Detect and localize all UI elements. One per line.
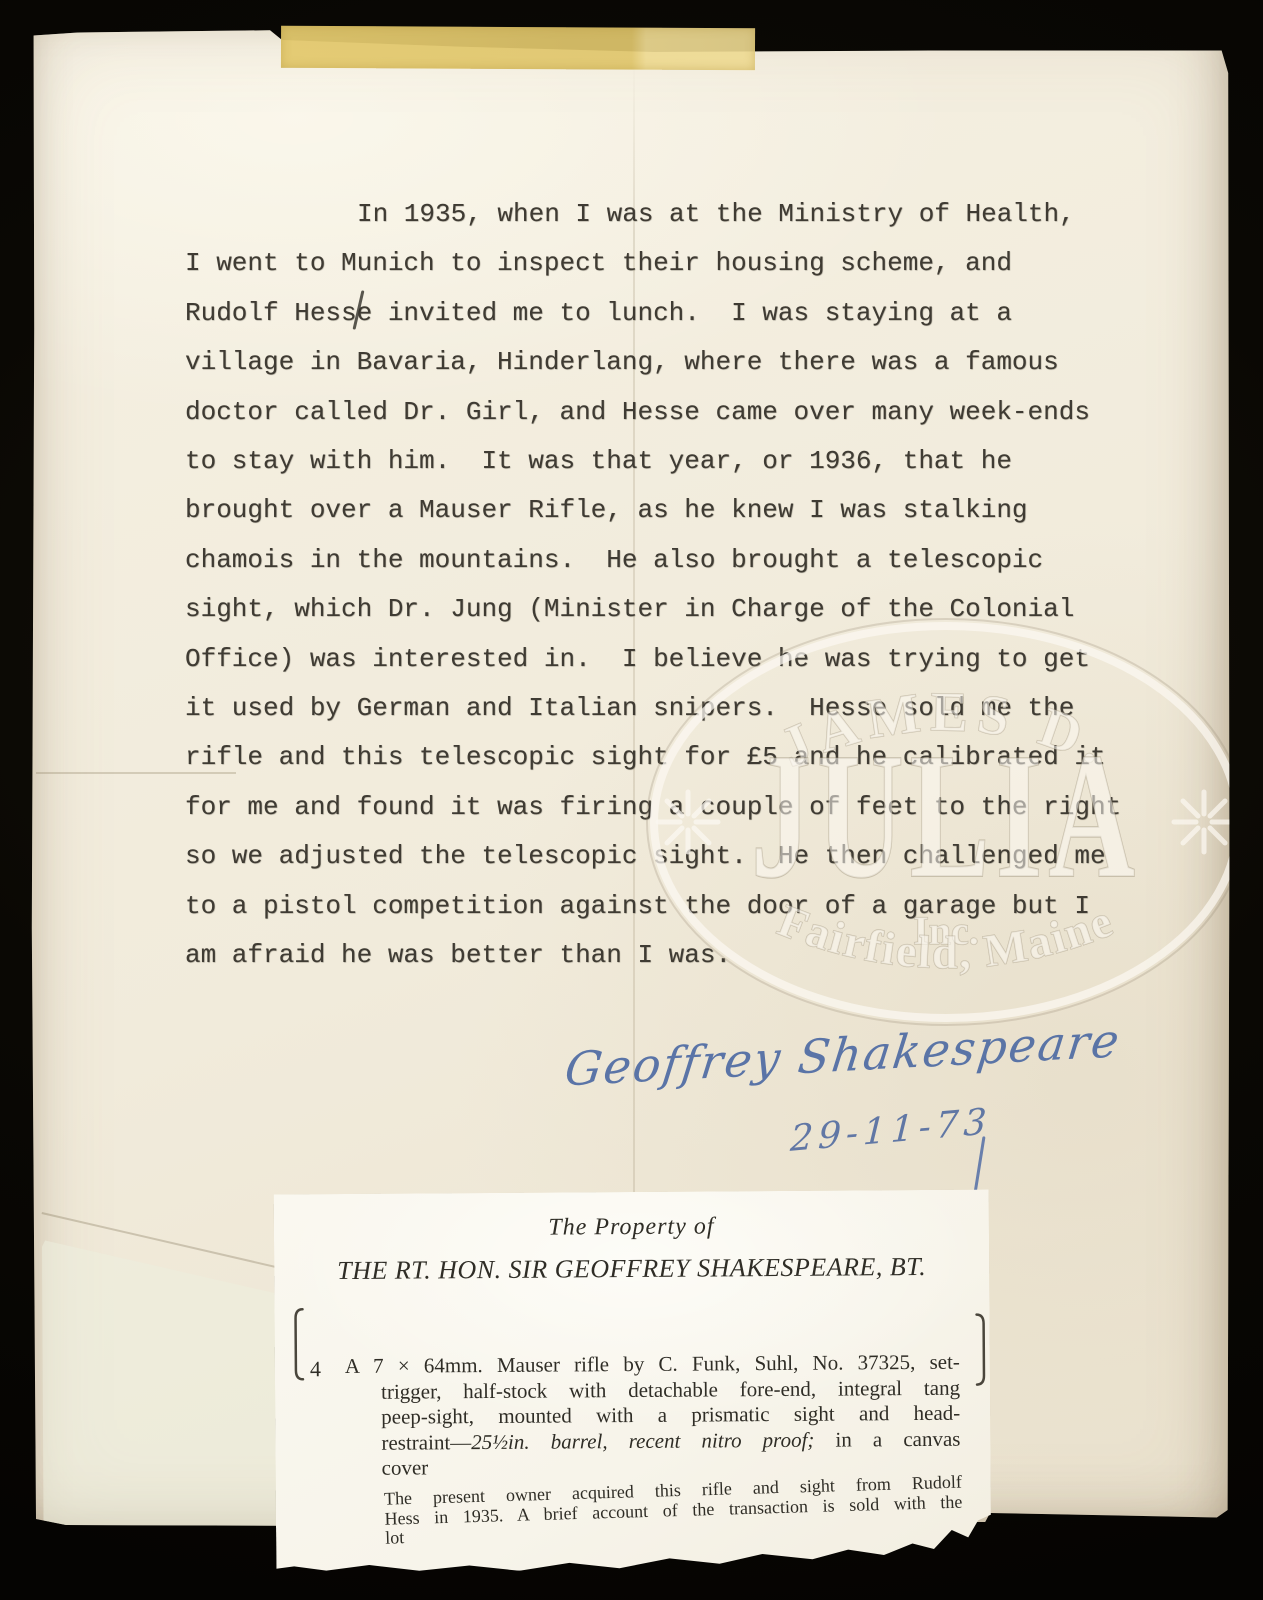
lot-description-line: restraint—25½in. barrel, recent nitro pr… xyxy=(345,1426,960,1456)
letter-line: Rudolf Hesse invited me to lunch. I was … xyxy=(185,289,1135,338)
catalogue-card: The Property of THE RT. HON. SIR GEOFFRE… xyxy=(274,1190,992,1573)
card-property-of: The Property of xyxy=(274,1212,989,1244)
lot-description-line: A 7 × 64mm. Mauser rifle by C. Funk, Suh… xyxy=(345,1350,960,1380)
tape xyxy=(281,26,755,70)
letter-line: In 1935, when I was at the Ministry of H… xyxy=(185,190,1135,239)
consignment-bracket-left xyxy=(292,1306,305,1382)
letter-line: doctor called Dr. Girl, and Hesse came o… xyxy=(185,388,1135,437)
consignment-bracket-right xyxy=(975,1312,988,1388)
letter-line: chamois in the mountains. He also brough… xyxy=(185,536,1135,585)
lot-line4-prefix: restraint— xyxy=(381,1430,471,1455)
scanned-document: In 1935, when I was at the Ministry of H… xyxy=(0,0,1263,1600)
lot-description: A 7 × 64mm. Mauser rifle by C. Funk, Suh… xyxy=(345,1350,961,1482)
auction-house-watermark: JAMES D. JULIA Inc. Fairfield, Maine xyxy=(636,614,1256,1038)
starburst-right-icon xyxy=(1174,792,1234,852)
handwritten-date: 29-11-73 xyxy=(789,1101,992,1160)
lot-line4-suffix: in a canvas xyxy=(814,1426,960,1451)
watermark-name-text: JULIA xyxy=(751,717,1141,916)
lot-footnote: The present owner acquired this rifle an… xyxy=(384,1473,963,1549)
letter-line: to stay with him. It was that year, or 1… xyxy=(185,437,1135,486)
lot-line4-italic: 25½in. barrel, recent nitro proof; xyxy=(471,1428,814,1454)
letter-line: brought over a Mauser Rifle, as he knew … xyxy=(185,486,1135,535)
card-owner-line: THE RT. HON. SIR GEOFFREY SHAKESPEARE, B… xyxy=(274,1252,989,1287)
blue-pen-mark xyxy=(973,1136,985,1194)
letter-line: I went to Munich to inspect their housin… xyxy=(185,239,1135,288)
letter-line: village in Bavaria, Hinderlang, where th… xyxy=(185,338,1135,387)
lot-number: 4 xyxy=(310,1356,321,1382)
starburst-left-icon xyxy=(658,792,718,852)
lot-entry: 4 A 7 × 64mm. Mauser rifle by C. Funk, S… xyxy=(310,1350,961,1483)
